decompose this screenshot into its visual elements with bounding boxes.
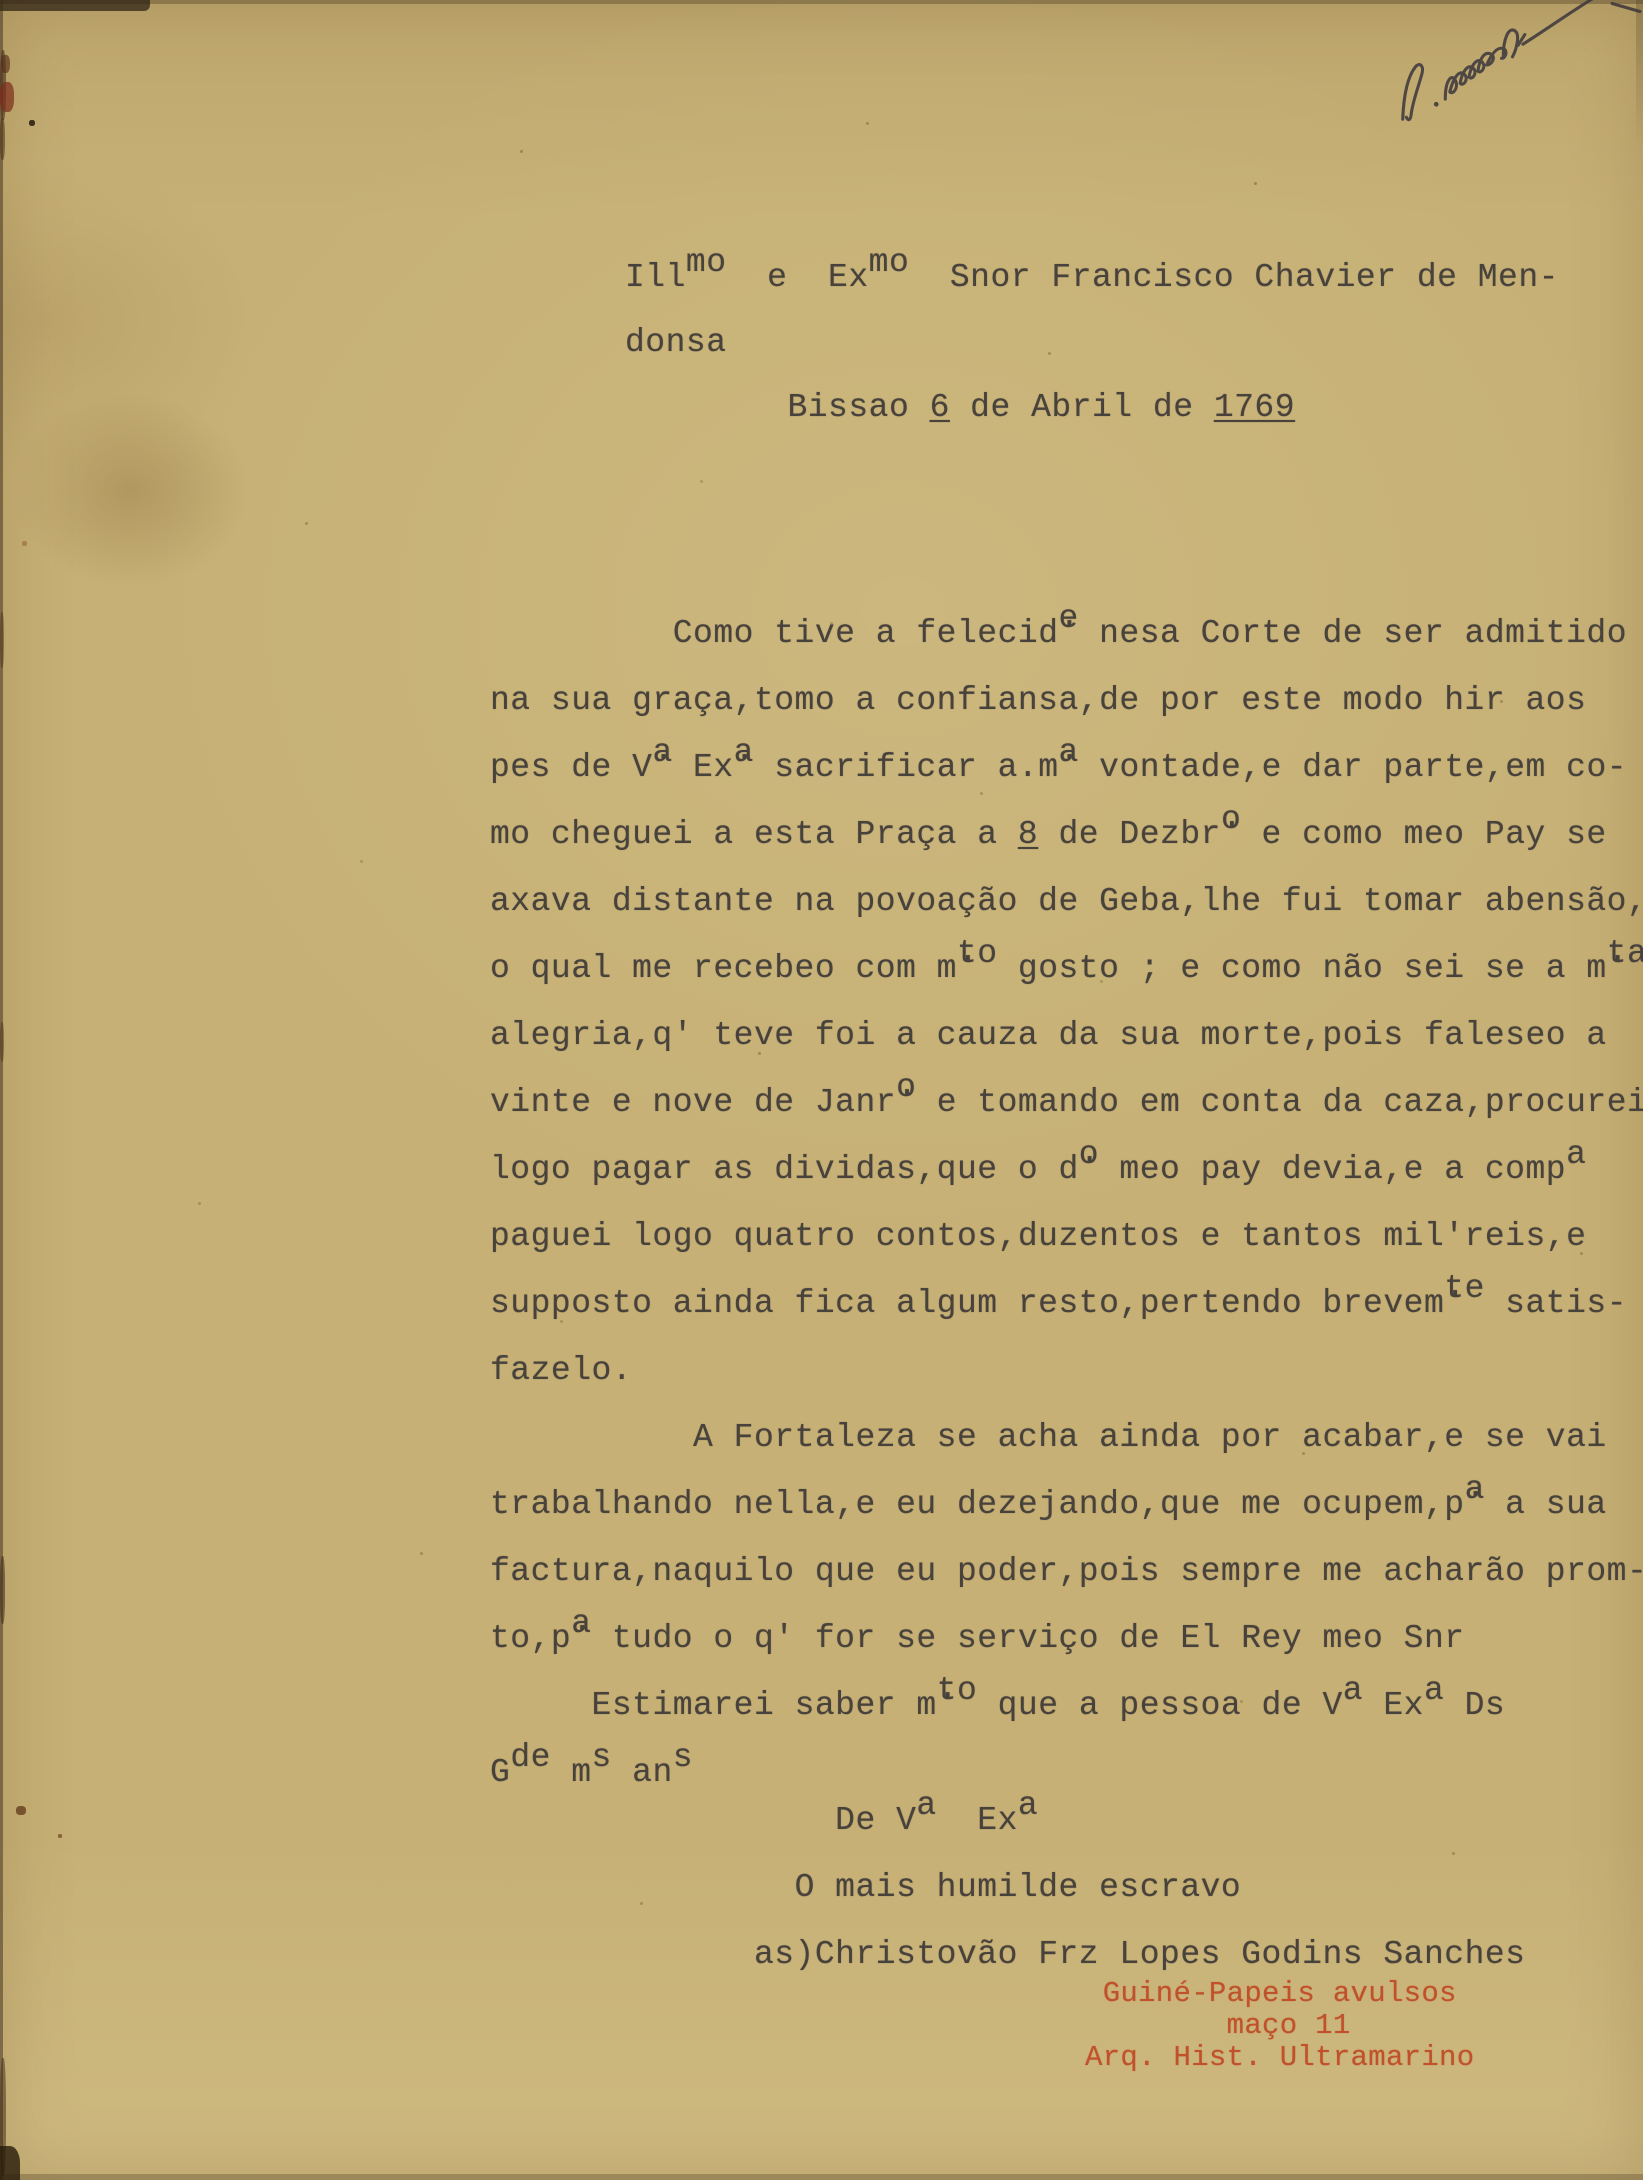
edge-mark — [0, 2146, 20, 2180]
scan-edge-bottom — [0, 2174, 1643, 2180]
archive-stamp: Guiné-Papeis avulsos maço 11Arq. Hist. U… — [1085, 1978, 1474, 2074]
paper-speck — [16, 1806, 26, 1815]
scan-edge-left — [0, 0, 3, 2180]
typed-line: vinte e nove de Janro. e tomando em cont… — [490, 1069, 1643, 1136]
typed-line: alegria,q' teve foi a cauza da sua morte… — [490, 1002, 1643, 1069]
paper-speck — [22, 541, 27, 546]
typed-line: Illmo e Exmo Snor Francisco Chavier de M… — [625, 245, 1559, 310]
typed-line: fazelo. — [490, 1337, 1643, 1404]
paper-speck — [29, 120, 35, 126]
typed-line: Guiné-Papeis avulsos — [1085, 1978, 1474, 2010]
scan-edge-top — [0, 0, 1643, 4]
typed-line: trabalhando nella,e eu dezejando,que me … — [490, 1471, 1643, 1538]
typed-line: axava distante na povoação de Geba,lhe f… — [490, 868, 1643, 935]
letter-heading: Illmo e Exmo Snor Francisco Chavier de M… — [625, 245, 1559, 440]
typed-line: Estimarei saber mto. que a pessoa de Va … — [490, 1672, 1643, 1739]
edge-mark — [0, 612, 4, 668]
edge-mark — [0, 82, 14, 112]
typed-line: Arq. Hist. Ultramarino — [1085, 2042, 1474, 2074]
typed-line: factura,naquilo que eu poder,pois sempre… — [490, 1538, 1643, 1605]
paper-speck — [58, 1834, 62, 1838]
letter-body: Como tive a felecide. nesa Corte de ser … — [490, 600, 1643, 1806]
letter-closing: De Va Exa O mais humilde escravo as)Chri… — [490, 1787, 1525, 1988]
typed-line: mo cheguei a esta Praça a 8 de Dezbro. e… — [490, 801, 1643, 868]
typed-line: donsa — [625, 310, 1559, 375]
typed-line: Bissao 6 de Abril de 1769 — [625, 375, 1559, 440]
handwritten-annotation — [1368, 0, 1641, 142]
typed-line: O mais humilde escravo — [490, 1854, 1525, 1921]
typed-line: pes de Va. Exa. sacrificar a.ma. vontade… — [490, 734, 1643, 801]
edge-mark — [0, 118, 5, 160]
edge-mark — [0, 1022, 4, 1062]
edge-mark — [1, 55, 10, 73]
typed-line: logo pagar as dividas,que o do. meo pay … — [490, 1136, 1643, 1203]
handwriting-scribble — [1368, 0, 1641, 142]
typed-line: supposto ainda fica algum resto,pertendo… — [490, 1270, 1643, 1337]
edge-mark — [0, 1556, 5, 1624]
typed-line: to,pa. tudo o q' for se serviço de El Re… — [490, 1605, 1643, 1672]
typed-line: Como tive a felecide. nesa Corte de ser … — [490, 600, 1643, 667]
typed-line: o qual me recebeo com mto. gosto ; e com… — [490, 935, 1643, 1002]
typed-line: paguei logo quatro contos,duzentos e tan… — [490, 1203, 1643, 1270]
document-page: Illmo e Exmo Snor Francisco Chavier de M… — [0, 0, 1643, 2180]
typed-line: De Va Exa — [490, 1787, 1525, 1854]
scan-edge-top-dark — [0, 0, 150, 11]
paper-speckles — [0, 0, 3, 3]
typed-line: maço 11 — [1085, 2010, 1474, 2042]
